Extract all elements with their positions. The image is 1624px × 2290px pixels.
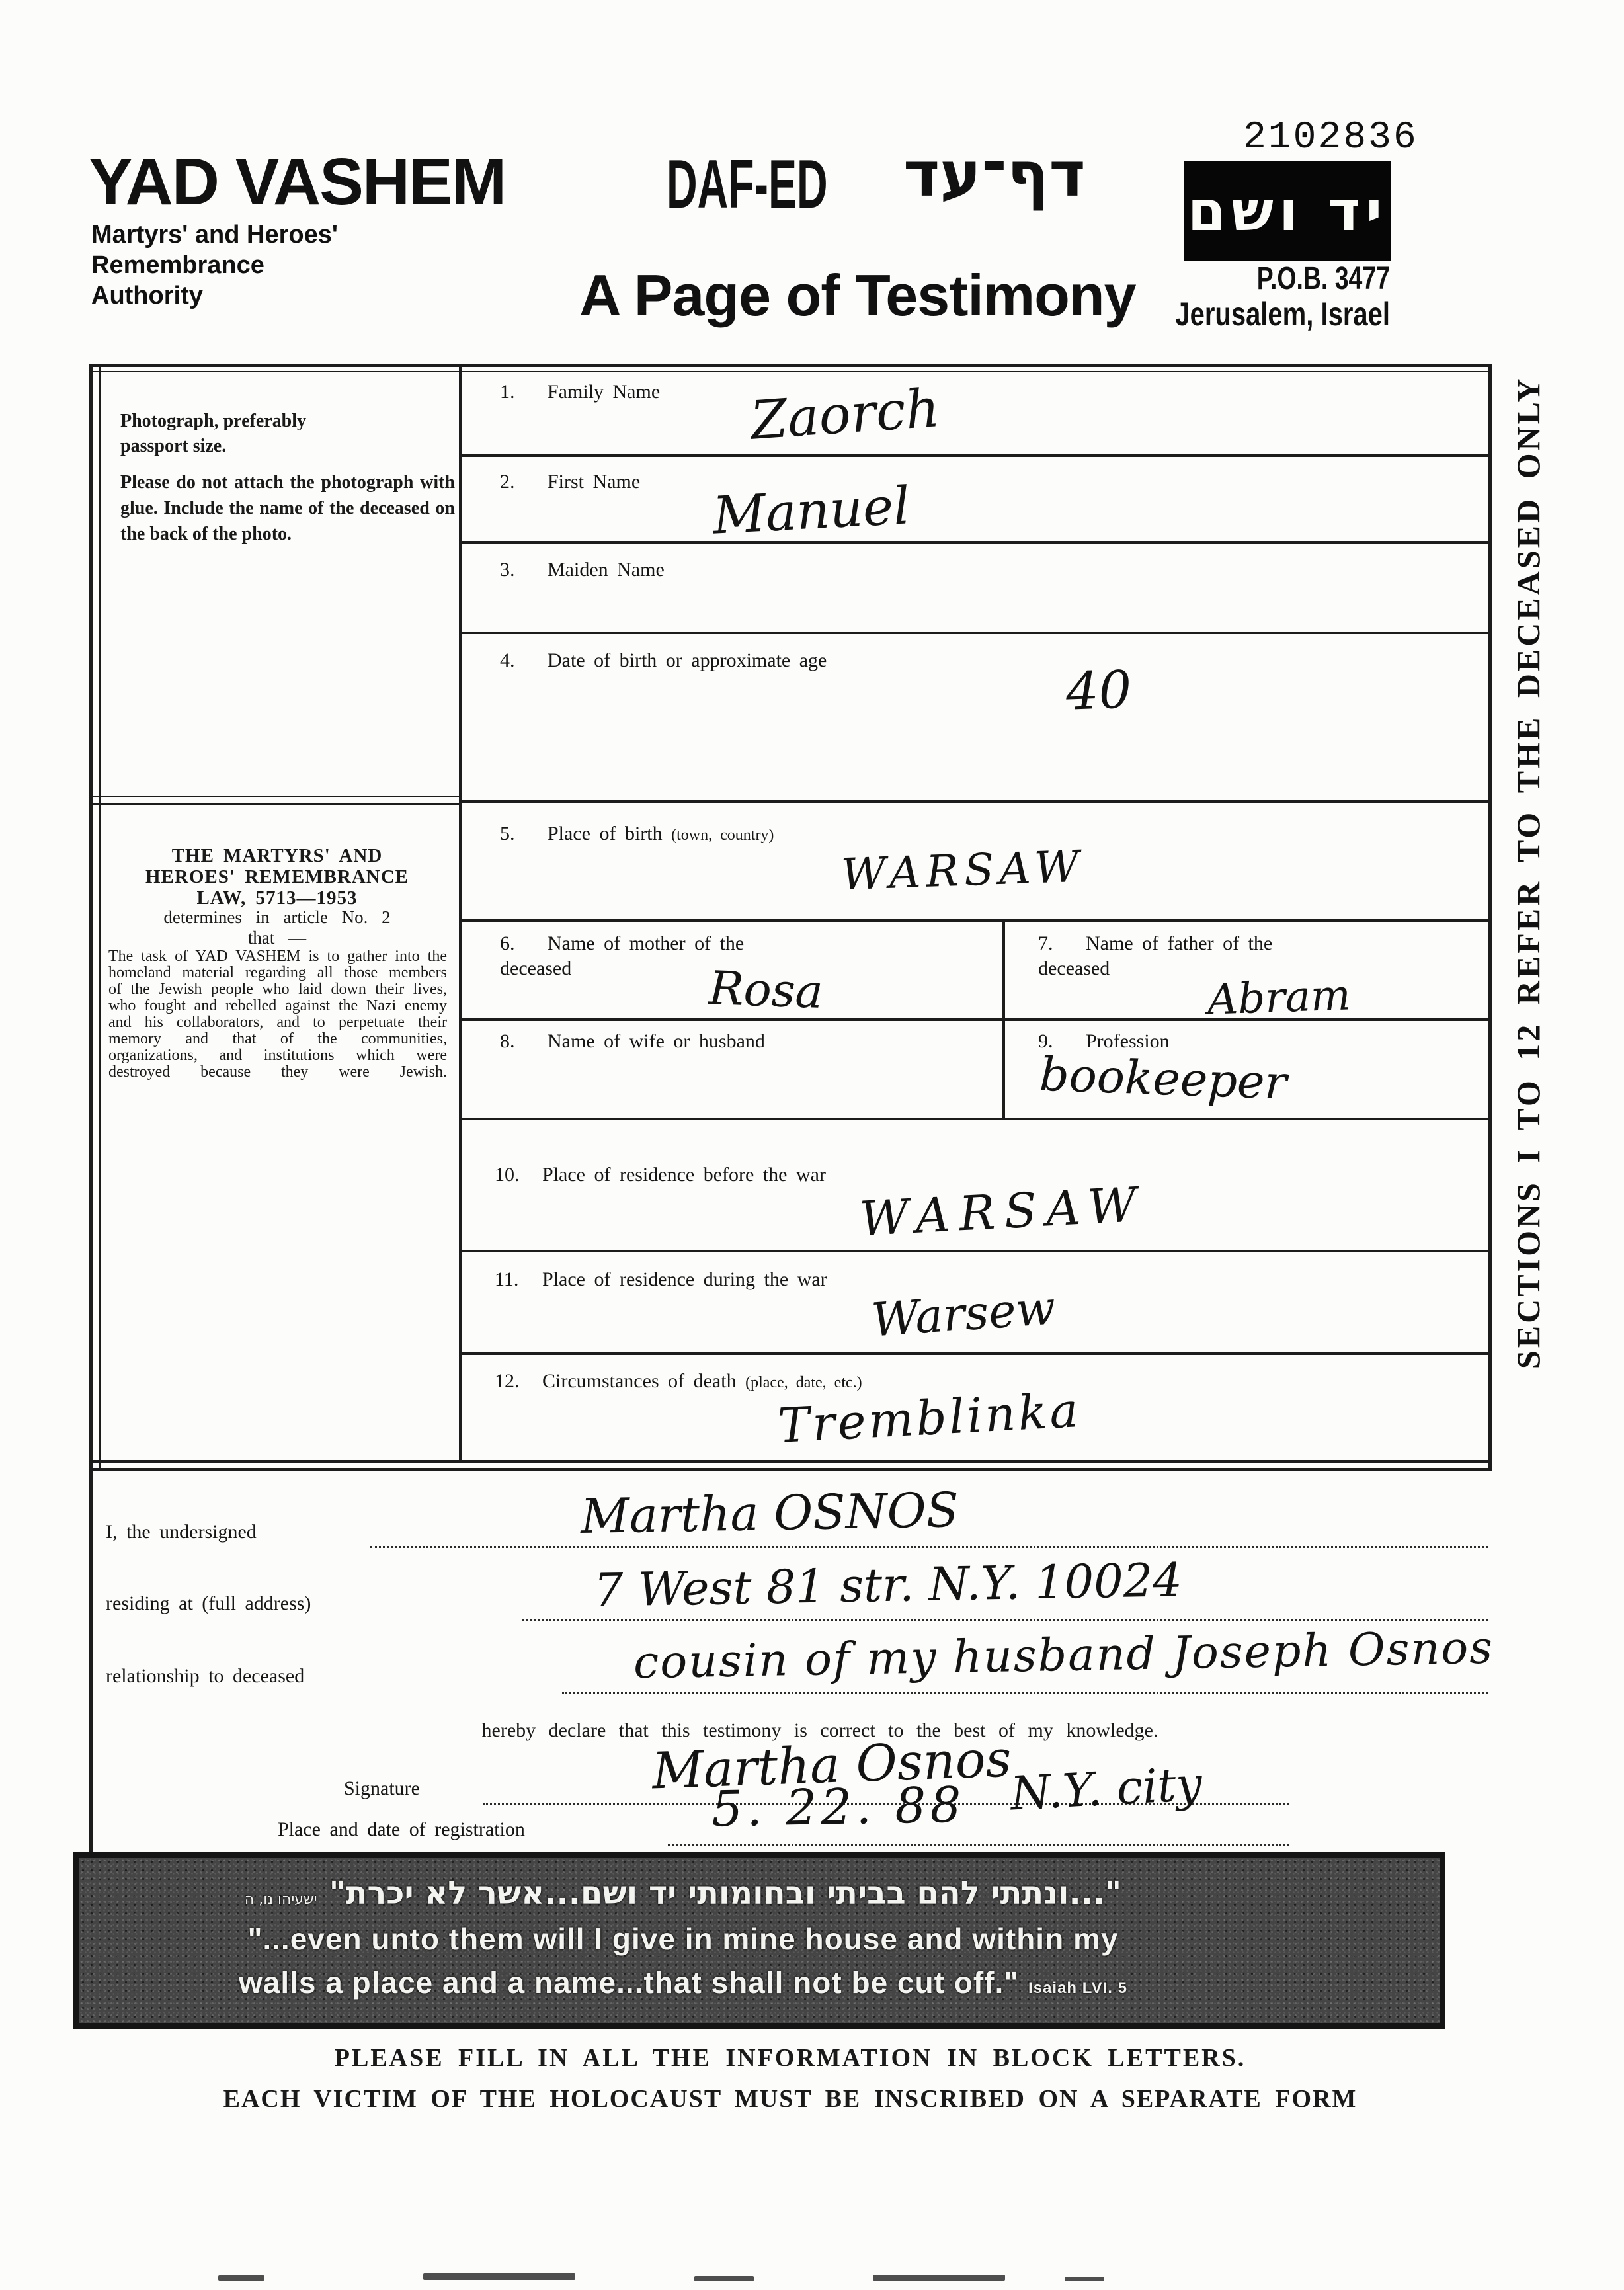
footer-instruction-1: PLEASE FILL IN ALL THE INFORMATION IN BL… — [89, 2043, 1492, 2072]
undersigned-label: I, the undersigned — [106, 1521, 257, 1543]
row-sep-3 — [459, 632, 1492, 634]
org-name: YAD VASHEM — [89, 144, 505, 220]
law-heading-line2: HEROES' REMEMBRANCE — [104, 866, 450, 887]
row-sep-4 — [459, 800, 1492, 803]
field-9-value-handwritten: bookeeper — [1039, 1047, 1288, 1110]
field-10-number: 10. — [495, 1164, 542, 1186]
field-10-label: 10.Place of residence before the war — [495, 1164, 826, 1186]
law-subheading-line2: that — — [104, 928, 450, 948]
row-sep-1 — [459, 454, 1492, 457]
hebrew-quote: "...ונתתי להם בביתי ובחומותי יד ושם...אש… — [79, 1875, 1287, 1912]
field-2-value-handwritten: Manuel — [711, 476, 911, 546]
yad-vashem-logo: יד ושם — [1184, 161, 1391, 261]
table-top-rule-thin — [89, 371, 1492, 372]
field-11-value-handwritten: Warsew — [870, 1280, 1057, 1347]
field-5-number: 5. — [500, 823, 548, 845]
photo-instructions-1: Photograph, preferably passport size. — [120, 409, 345, 459]
law-heading: THE MARTYRS' AND HEROES' REMEMBRANCE LAW… — [104, 845, 450, 909]
photo-instructions-2: Please do not attach the photograph with… — [120, 470, 455, 547]
relationship-value-handwritten: cousin of my husband Joseph Osnos — [633, 1622, 1494, 1690]
footer-instruction-2: EACH VICTIM OF THE HOLOCAUST MUST BE INS… — [89, 2084, 1492, 2113]
pob-address: P.O.B. 3477 — [1182, 261, 1390, 297]
field-1-number: 1. — [500, 381, 548, 403]
field-5-label: 5.Place of birth (town, country) — [500, 823, 774, 845]
field-12-number: 12. — [495, 1370, 542, 1393]
field-5-label-paren: (town, country) — [671, 827, 774, 844]
org-subtitle: Martyrs' and Heroes' Remembrance Authori… — [91, 220, 338, 311]
field-2-label: 2.First Name — [500, 471, 640, 493]
mid-column-divider — [1002, 919, 1005, 1118]
residing-value-handwritten: 7 West 81 str. N.Y. 10024 — [593, 1553, 1182, 1617]
left-border-inner — [99, 366, 101, 1469]
form-name-transliterated: DAF-ED — [667, 145, 828, 224]
residing-dotted-line — [522, 1619, 1488, 1621]
scripture-banner: "...ונתתי להם בביתי ובחומותי יד ושם...אש… — [73, 1852, 1445, 2029]
org-subtitle-line2: Remembrance — [91, 250, 338, 280]
scan-artifact — [218, 2275, 264, 2281]
field-12-label: 12.Circumstances of death (place, date, … — [495, 1370, 862, 1393]
form-name-hebrew: דף־עד — [903, 139, 1086, 211]
law-body-text: The task of YAD VASHEM is to gather into… — [108, 948, 447, 1097]
field-4-label: 4.Date of birth or approximate age — [500, 649, 827, 672]
field-3-number: 3. — [500, 559, 548, 581]
field-8-number: 8. — [500, 1030, 548, 1053]
city-address: Jerusalem, Israel — [1156, 295, 1390, 333]
field-1-label: 1.Family Name — [500, 381, 660, 403]
row-sep-7 — [459, 1118, 1492, 1120]
field-8-label: 8.Name of wife or husband — [500, 1030, 765, 1053]
registration-dotted-line — [668, 1844, 1289, 1846]
field-1-value-handwritten: Zaorch — [749, 377, 942, 452]
row-sep-8 — [459, 1250, 1492, 1252]
left-border-outer — [89, 364, 93, 1852]
scan-artifact — [694, 2276, 754, 2281]
law-heading-line1: THE MARTYRS' AND — [104, 845, 450, 866]
field-6-value-handwritten: Rosa — [708, 961, 824, 1019]
page-title: A Page of Testimony — [579, 262, 1136, 329]
table-bottom-rule2 — [89, 1468, 1492, 1471]
table-bottom-rule — [89, 1460, 1492, 1463]
registration-place-handwritten: N.Y. city — [1009, 1756, 1203, 1820]
field-6-number: 6. — [500, 931, 548, 956]
right-border — [1488, 364, 1492, 1471]
relationship-dotted-line — [562, 1692, 1488, 1694]
registration-date-handwritten: 5. 22. 88 — [711, 1777, 965, 1838]
field-12-label-paren: (place, date, etc.) — [745, 1374, 862, 1391]
testimony-form-page: YAD VASHEM Martyrs' and Heroes' Remembra… — [0, 0, 1624, 2290]
signature-label: Signature — [344, 1778, 420, 1800]
law-subheading-line1: determines in article No. 2 — [104, 907, 450, 928]
field-11-number: 11. — [495, 1268, 542, 1291]
field-4-value-handwritten: 40 — [1065, 660, 1132, 721]
undersigned-dotted-line — [370, 1546, 1488, 1548]
field-3-label: 3.Maiden Name — [500, 559, 665, 581]
org-subtitle-line1: Martyrs' and Heroes' — [91, 220, 338, 250]
field-7-value-handwritten: Abram — [1207, 971, 1352, 1025]
scripture-banner-text: "...ונתתי להם בביתי ובחומותי יד ושם...אש… — [79, 1858, 1287, 2023]
field-2-number: 2. — [500, 471, 548, 493]
hebrew-citation: ישעיהו נו, ה — [245, 1891, 317, 1908]
photo-law-divider1 — [89, 796, 460, 797]
english-quote-line1: "...even unto them will I give in mine h… — [79, 1921, 1287, 1957]
field-7-number: 7. — [1038, 931, 1086, 956]
logo-hebrew-text: יד ושם — [1188, 179, 1387, 243]
law-subheading: determines in article No. 2 that — — [104, 907, 450, 948]
field-4-number: 4. — [500, 649, 548, 672]
english-citation: Isaiah LVI. 5 — [1028, 1979, 1127, 1997]
side-note-vertical: SECTIONS I TO 12 REFER TO THE DECEASED O… — [1509, 569, 1547, 1369]
scan-artifact — [873, 2275, 1005, 2281]
residing-label: residing at (full address) — [106, 1592, 311, 1615]
relationship-label: relationship to deceased — [106, 1665, 304, 1688]
table-top-rule — [89, 364, 1492, 367]
law-heading-line3: LAW, 5713—1953 — [104, 887, 450, 909]
field-5-value-handwritten: WARSAW — [840, 841, 1085, 901]
scan-artifact — [1065, 2277, 1104, 2281]
org-subtitle-line3: Authority — [91, 280, 338, 311]
row-sep-2 — [459, 541, 1492, 544]
scan-artifact — [423, 2273, 575, 2280]
undersigned-value-handwritten: Martha OSNOS — [580, 1482, 959, 1544]
serial-number: 2102836 — [1243, 116, 1418, 159]
row-sep-9 — [459, 1352, 1492, 1355]
registration-label: Place and date of registration — [278, 1819, 525, 1841]
field-11-label: 11.Place of residence during the war — [495, 1268, 827, 1291]
photo-law-divider2 — [89, 803, 460, 805]
english-quote-line2: walls a place and a name...that shall no… — [79, 1965, 1287, 2000]
field-12-value-handwritten: Tremblinka — [776, 1382, 1082, 1453]
column-divider — [459, 365, 462, 1463]
field-10-value-handwritten: WARSAW — [858, 1176, 1147, 1247]
row-sep-5 — [459, 919, 1492, 922]
